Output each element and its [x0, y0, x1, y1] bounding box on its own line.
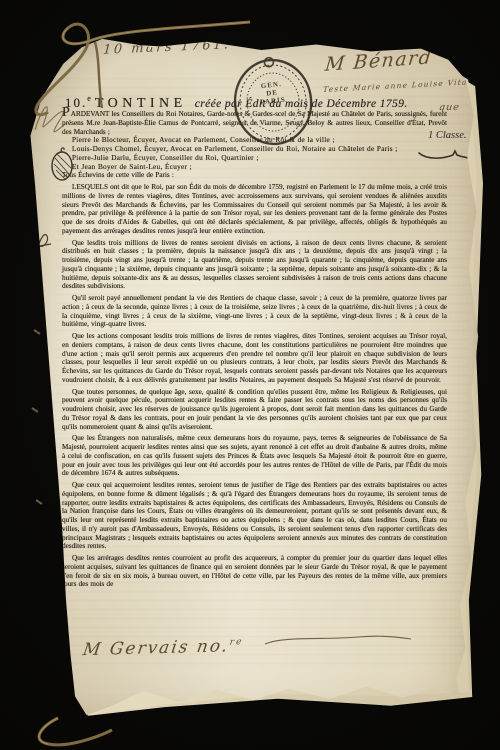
photo-background: 10 mars 1761. M Bénard Teste Marie anne … [0, 0, 500, 750]
binding-twine-icon [0, 0, 500, 750]
